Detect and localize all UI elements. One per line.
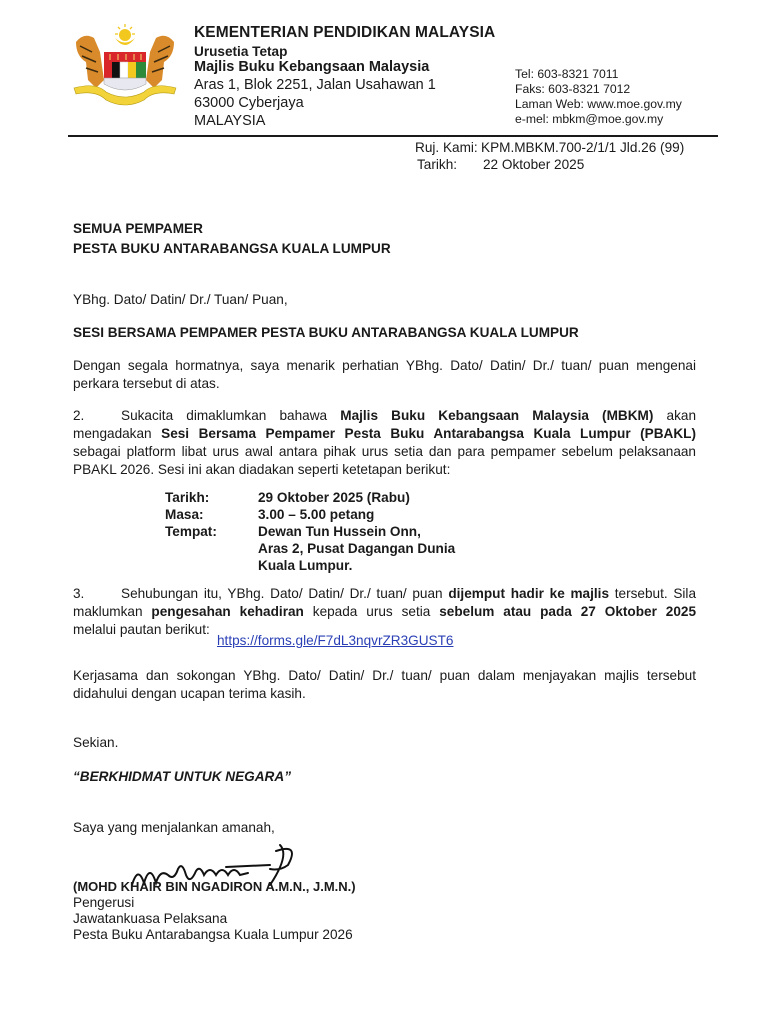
paragraph-1-line-2: perkara tersebut di atas. <box>73 375 696 393</box>
signatory-title-3: Pesta Buku Antarabangsa Kuala Lumpur 202… <box>73 927 353 942</box>
closing: Sekian. <box>73 735 118 750</box>
signatory-name: (MOHD KHAIR BIN NGADIRON A.M.N., J.M.N.) <box>73 879 356 894</box>
contact-email: e-mel: mbkm@moe.gov.my <box>515 112 663 126</box>
recipient-line-2: PESTA BUKU ANTARABANGSA KUALA LUMPUR <box>73 241 391 256</box>
letter-date: Tarikh:22 Oktober 2025 <box>417 157 584 172</box>
motto: “BERKHIDMAT UNTUK NEGARA” <box>73 769 291 784</box>
signatory-title-1: Pengerusi <box>73 895 134 910</box>
paragraph-1: Dengan segala hormatnya, saya menarik pe… <box>73 357 696 393</box>
ministry-name: KEMENTERIAN PENDIDIKAN MALAYSIA <box>194 24 495 42</box>
paragraph-3-number: 3. <box>73 585 121 603</box>
schedule-time: Masa:3.00 – 5.00 petang <box>165 507 374 522</box>
contact-web: Laman Web: www.moe.gov.my <box>515 97 682 111</box>
address-line-1: Aras 1, Blok 2251, Jalan Usahawan 1 <box>194 77 436 93</box>
schedule-date: Tarikh:29 Oktober 2025 (Rabu) <box>165 490 410 505</box>
schedule-venue: Tempat:Dewan Tun Hussein Onn, <box>165 524 421 539</box>
address-line-3: MALAYSIA <box>194 113 265 129</box>
reference-label: Ruj. Kami: <box>415 140 481 155</box>
department-name: Urusetia Tetap <box>194 44 287 59</box>
rsvp-form-link[interactable]: https://forms.gle/F7dL3nqvrZR3GUST6 <box>217 633 453 648</box>
paragraph-1-line-1: Dengan segala hormatnya, saya menarik pe… <box>73 357 696 375</box>
salutation: YBhg. Dato/ Datin/ Dr./ Tuan/ Puan, <box>73 292 288 307</box>
reference-value: KPM.MBKM.700-2/1/1 Jld.26 (99) <box>481 140 684 155</box>
date-value: 22 Oktober 2025 <box>483 157 584 172</box>
signatory-title-2: Jawatankuasa Pelaksana <box>73 911 227 926</box>
schedule-venue-line-3: Kuala Lumpur. <box>258 558 352 573</box>
signoff: Saya yang menjalankan amanah, <box>73 820 275 835</box>
subject-heading: SESI BERSAMA PEMPAMER PESTA BUKU ANTARAB… <box>73 325 579 340</box>
schedule-venue-line-2: Aras 2, Pusat Dagangan Dunia <box>258 541 455 556</box>
paragraph-2: 2.Sukacita dimaklumkan bahawa Majlis Buk… <box>73 407 696 479</box>
council-name: Majlis Buku Kebangsaan Malaysia <box>194 59 429 75</box>
paragraph-2-number: 2. <box>73 407 121 425</box>
contact-tel: Tel: 603-8321 7011 <box>515 67 618 81</box>
reference-number: Ruj. Kami:KPM.MBKM.700-2/1/1 Jld.26 (99) <box>415 140 684 155</box>
paragraph-4: Kerjasama dan sokongan YBhg. Dato/ Datin… <box>73 667 696 703</box>
coat-of-arms-icon <box>66 22 184 110</box>
address-line-2: 63000 Cyberjaya <box>194 95 304 111</box>
contact-fax: Faks: 603-8321 7012 <box>515 82 630 96</box>
letterhead-divider <box>68 135 718 137</box>
date-label: Tarikh: <box>417 157 483 172</box>
recipient-line-1: SEMUA PEMPAMER <box>73 221 203 236</box>
paragraph-3: 3.Sehubungan itu, YBhg. Dato/ Datin/ Dr.… <box>73 585 696 639</box>
